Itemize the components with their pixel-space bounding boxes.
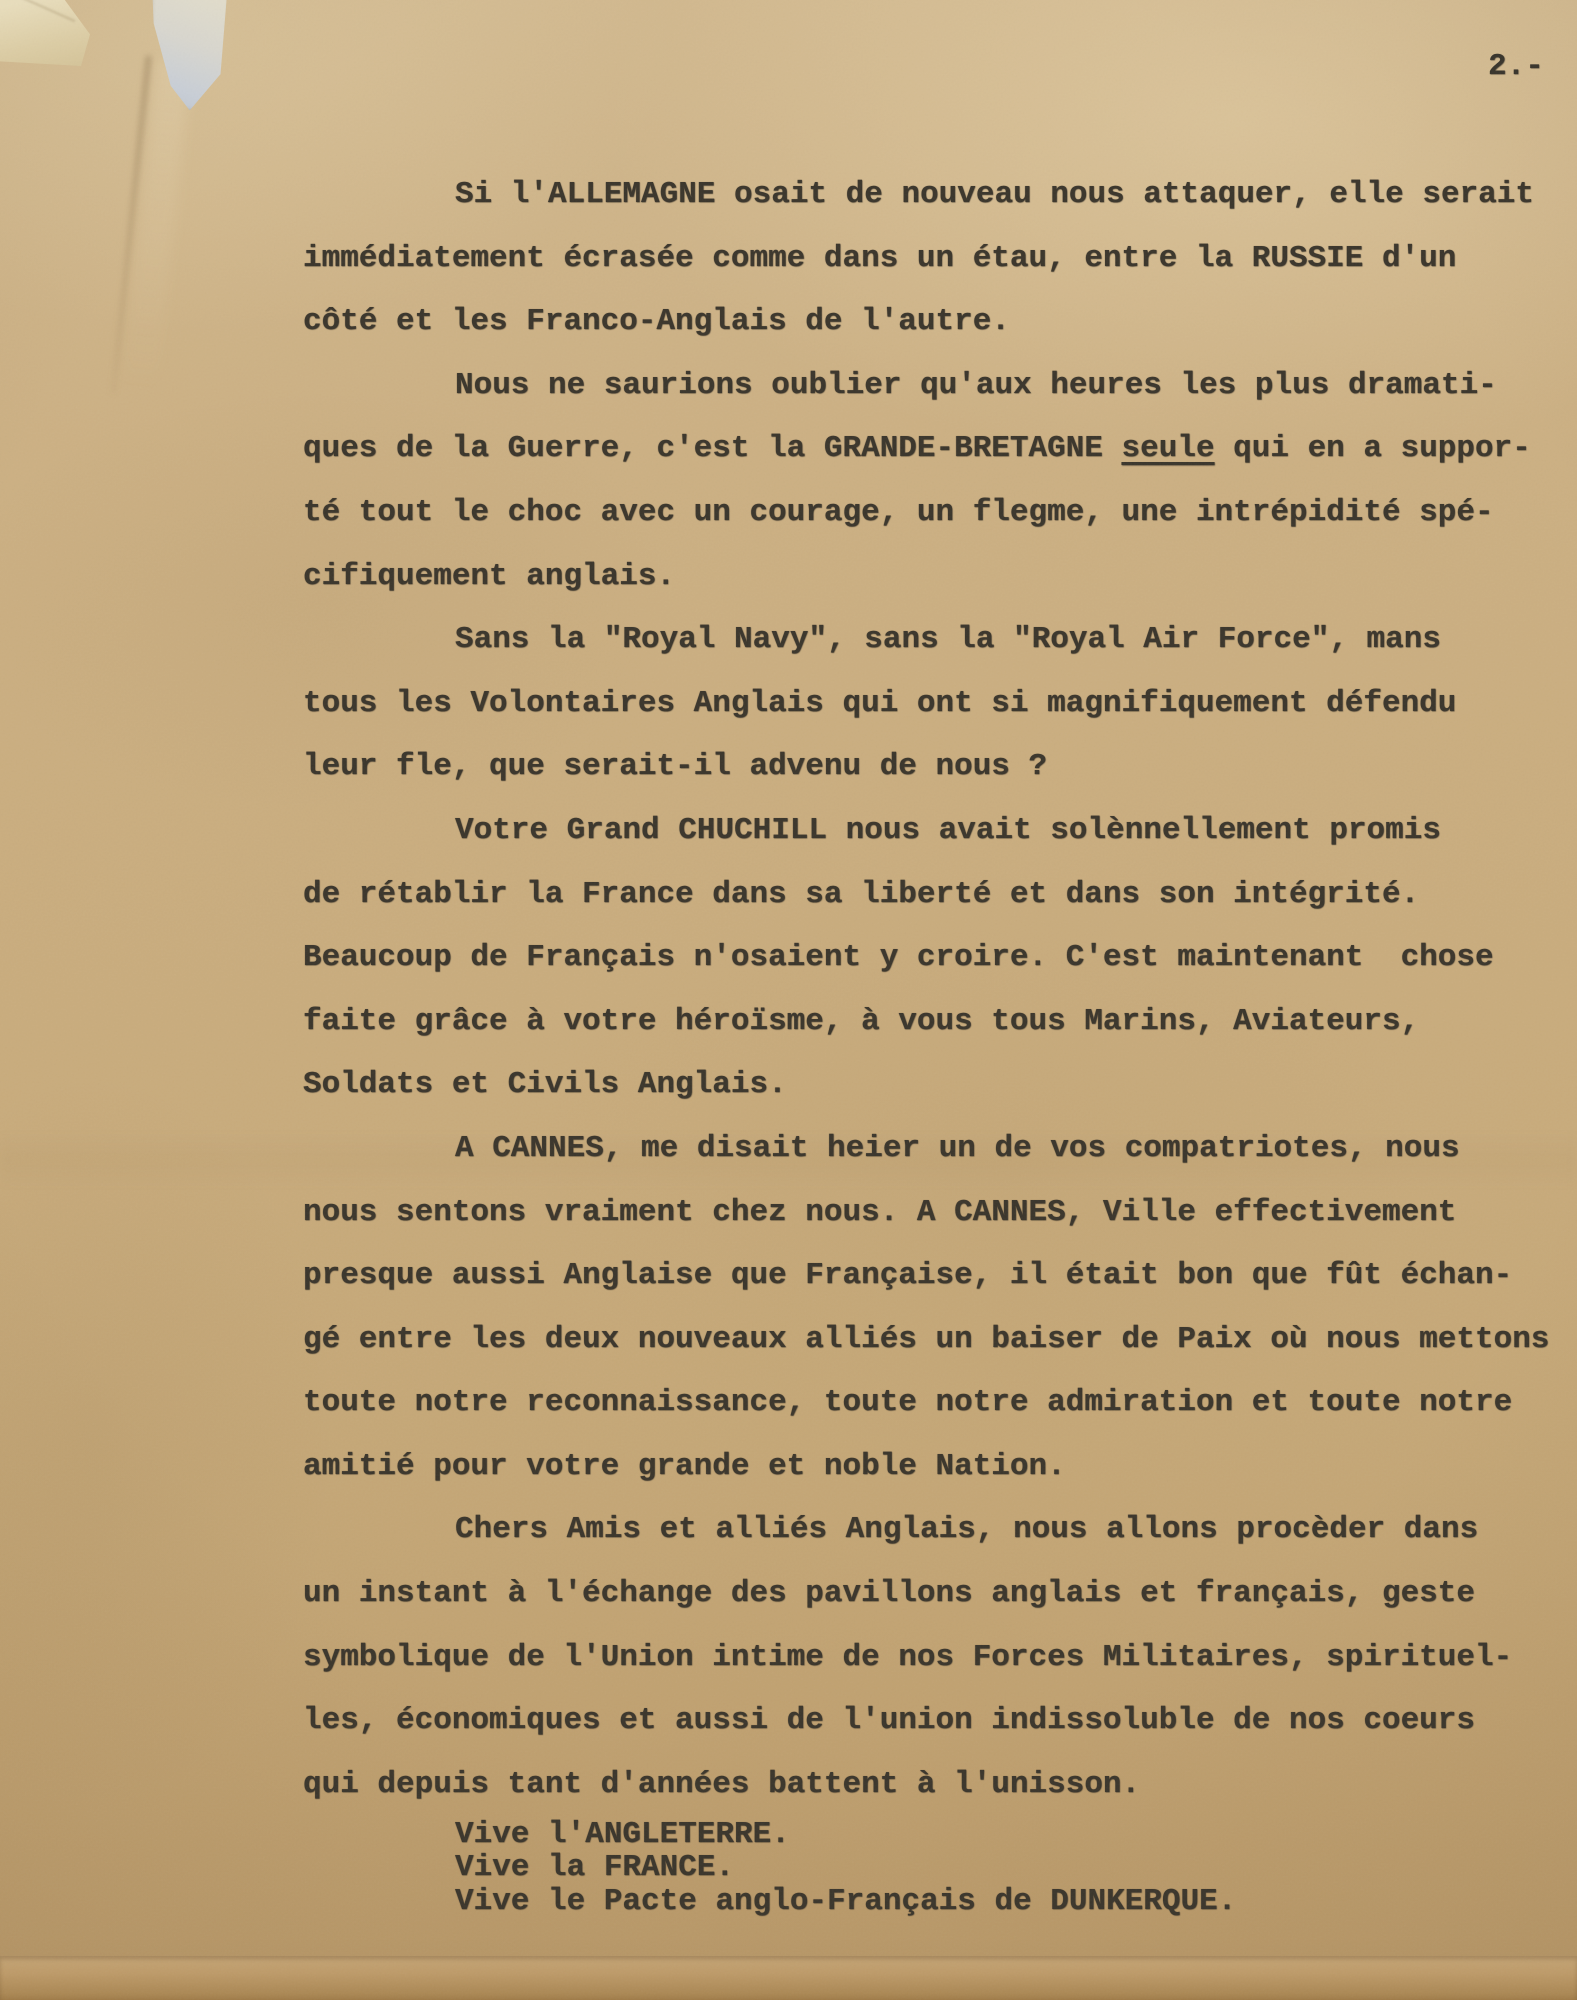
text-line: qui depuis tant d'années battent à l'uni… — [303, 1753, 1577, 1817]
text-line: Chers Amis et alliés Anglais, nous allon… — [303, 1498, 1577, 1562]
paragraph: Nous ne saurions oublier qu'aux heures l… — [303, 354, 1577, 608]
text-line: presque aussi Anglaise que Française, il… — [303, 1244, 1577, 1308]
text-line: té tout le choc avec un courage, un fleg… — [303, 481, 1577, 545]
paragraph: Sans la "Royal Navy", sans la "Royal Air… — [303, 608, 1577, 799]
text-line: gé entre les deux nouveaux alliés un bai… — [303, 1308, 1577, 1372]
scanned-page: 2.- Si l'ALLEMAGNE osait de nouveau nous… — [0, 0, 1577, 2000]
text-line: A CANNES, me disait heier un de vos comp… — [303, 1117, 1577, 1181]
text-line: toute notre reconnaissance, toute notre … — [303, 1371, 1577, 1435]
adhesive-tape — [0, 0, 90, 66]
page-number: 2.- — [1488, 47, 1544, 87]
text-line: Nous ne saurions oublier qu'aux heures l… — [303, 354, 1577, 418]
text-line: un instant à l'échange des pavillons ang… — [303, 1562, 1577, 1626]
paragraph: A CANNES, me disait heier un de vos comp… — [303, 1117, 1577, 1499]
next-page-edge — [0, 1956, 1577, 2000]
text-line: côté et les Franco-Anglais de l'autre. — [303, 290, 1577, 354]
paragraph: Si l'ALLEMAGNE osait de nouveau nous att… — [303, 163, 1577, 354]
text-line: Vive le Pacte anglo-Français de DUNKERQU… — [455, 1885, 1236, 1918]
text-line: tous les Volontaires Anglais qui ont si … — [303, 672, 1577, 736]
text-line: Beaucoup de Français n'osaient y croire.… — [303, 926, 1577, 990]
text-line: Vive la FRANCE. — [455, 1851, 1236, 1884]
text-line: Soldats et Civils Anglais. — [303, 1053, 1577, 1117]
text-line: les, économiques et aussi de l'union ind… — [303, 1689, 1577, 1753]
text-line: nous sentons vraiment chez nous. A CANNE… — [303, 1181, 1577, 1245]
text-line: leur fle, que serait-il advenu de nous ? — [303, 735, 1577, 799]
paragraph: Chers Amis et alliés Anglais, nous allon… — [303, 1498, 1577, 1816]
text-line: Vive l'ANGLETERRE. — [455, 1818, 1236, 1851]
text-line: Sans la "Royal Navy", sans la "Royal Air… — [303, 608, 1577, 672]
underlined-word: seule — [1122, 431, 1215, 466]
text-line: ques de la Guerre, c'est la GRANDE-BRETA… — [303, 417, 1577, 481]
text-line: de rétablir la France dans sa liberté et… — [303, 863, 1577, 927]
text-line: cifiquement anglais. — [303, 545, 1577, 609]
paragraph: Votre Grand CHUCHILL nous avait solènnel… — [303, 799, 1577, 1117]
typewritten-paragraphs: Si l'ALLEMAGNE osait de nouveau nous att… — [303, 163, 1577, 1816]
text-line: Si l'ALLEMAGNE osait de nouveau nous att… — [303, 163, 1577, 227]
text-line: Votre Grand CHUCHILL nous avait solènnel… — [303, 799, 1577, 863]
text-line: amitié pour votre grande et noble Nation… — [303, 1435, 1577, 1499]
text-line: faite grâce à votre héroïsme, à vous tou… — [303, 990, 1577, 1054]
closing-lines: Vive l'ANGLETERRE.Vive la FRANCE.Vive le… — [455, 1818, 1236, 1918]
text-line: symbolique de l'Union intime de nos Forc… — [303, 1626, 1577, 1690]
text-line: immédiatement écrasée comme dans un étau… — [303, 227, 1577, 291]
